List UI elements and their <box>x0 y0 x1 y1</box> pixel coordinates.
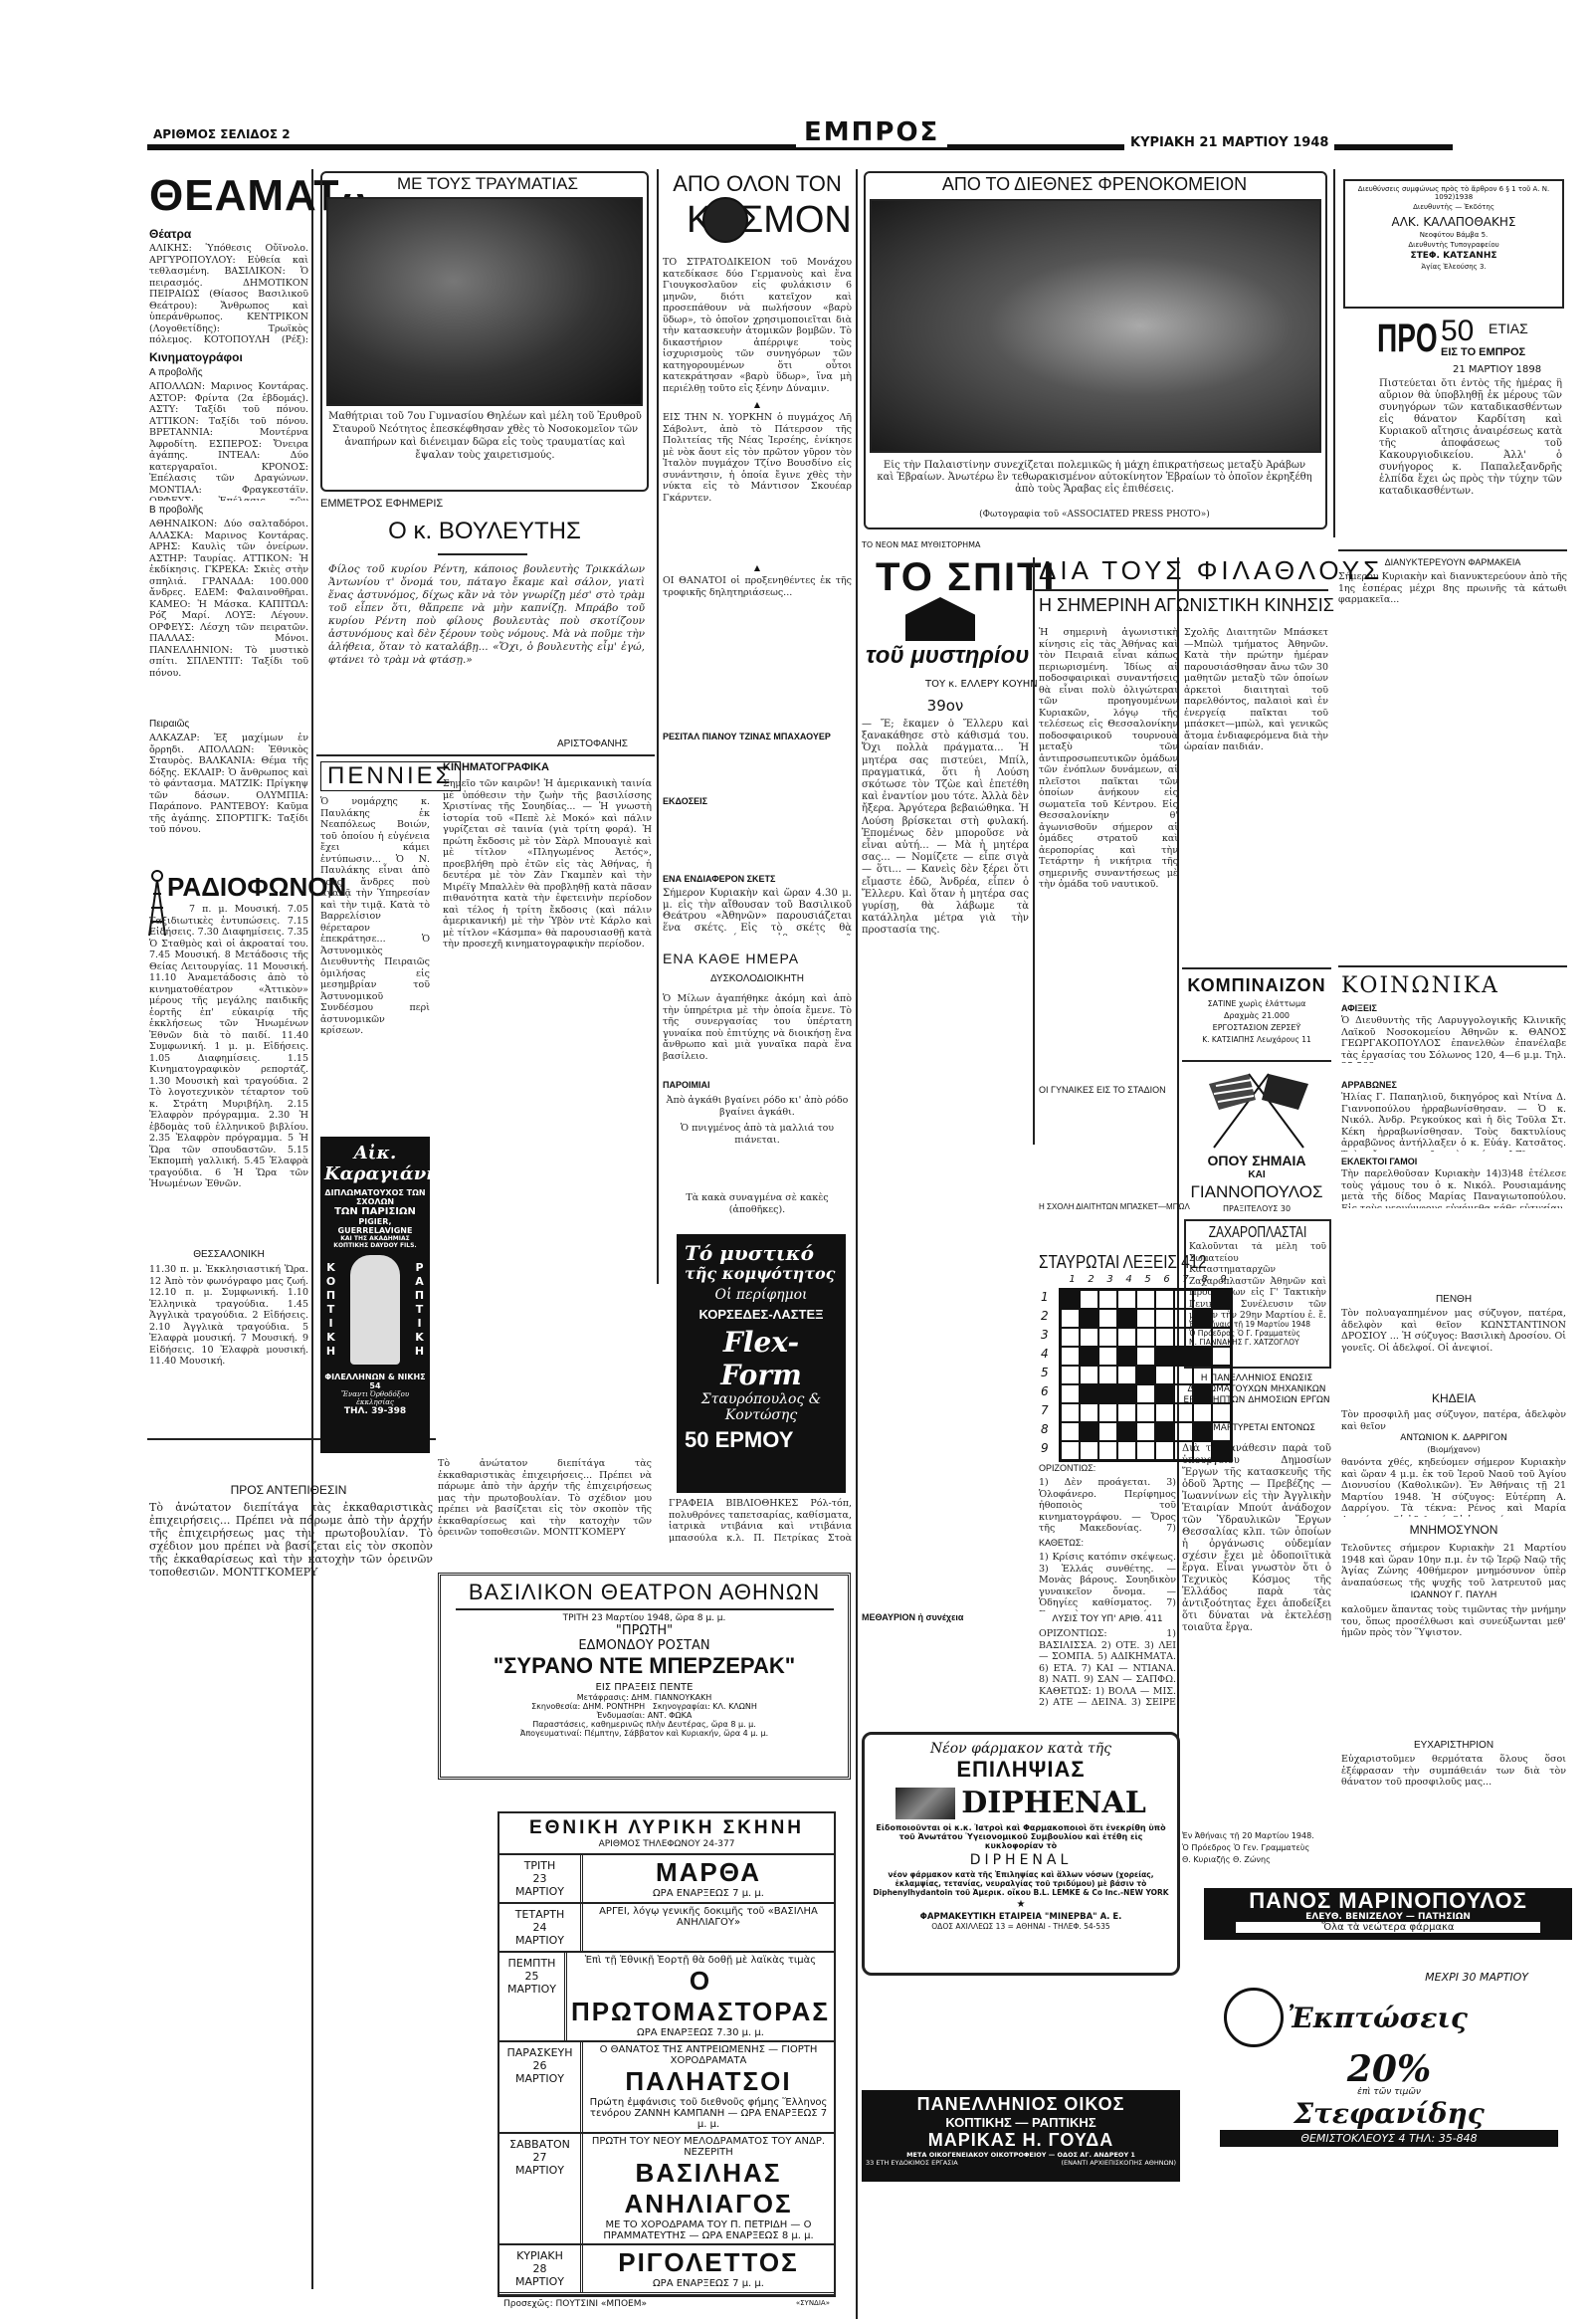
verse-author: ΑΡΙΣΤΟΦΑΝΗΣ <box>557 739 628 749</box>
month: ΜΑΡΤΙΟΥ <box>499 1885 580 1898</box>
crossword-cell[interactable] <box>1174 1403 1193 1422</box>
funeral-details: θανόντα χθές, κηδεύομεν σήμερον Κυριακὴν… <box>1341 1457 1566 1517</box>
theatre-heading: Θέατρα <box>149 227 191 241</box>
row-number: 1 <box>1041 1290 1049 1309</box>
memorial-name: ΙΩΑΝΝΟΥ Γ. ΠΑΥΛΗ <box>1341 1590 1566 1600</box>
month: ΜΑΡΤΙΟΥ <box>499 2275 580 2288</box>
divider <box>316 754 655 756</box>
opera-row: ΣΑΒΒΑΤΟΝ27ΜΑΡΤΙΟΥΠΡΩΤΗ ΤΟΥ ΝΕΟΥ ΜΕΛΟΔΡΑΜ… <box>499 2132 834 2243</box>
crossword-cell[interactable] <box>1174 1366 1193 1384</box>
weekday: ΤΡΙΤΗ <box>499 1859 580 1872</box>
confectioners-title: ΖΑΧΑΡΟΠΛΑΣΤΑΙ <box>1206 1224 1309 1242</box>
second-run-heading: Β προβολῆς <box>149 505 203 516</box>
divider <box>1182 967 1331 969</box>
crossword-cell[interactable] <box>1136 1347 1155 1366</box>
crossword-block <box>1193 1384 1212 1403</box>
novel-title: ΤΟ ΣΠΙΤΙ <box>876 555 1057 600</box>
library-classified: ΓΡΑΦΕΙΑ ΒΙΒΛΙΟΘΗΚΕΣ Ρόλ-τόπ, πολυθρόνες … <box>669 1498 852 1544</box>
crossword-cell[interactable] <box>1061 1384 1080 1403</box>
medicine-box-illustration <box>895 1788 955 1819</box>
publisher-box: Διευθύνσεις συμφώνως πρὸς τὸ ἄρθρον 6 § … <box>1343 179 1564 309</box>
funeral-text: Τὸν προσφιλῆ μας σύζυγον, πατέρα, ἀδελφὸ… <box>1341 1409 1566 1433</box>
crossword-cell[interactable] <box>1061 1366 1080 1384</box>
show-times: Παραστάσεις, καθημερινῶς πλὴν Δευτέρας, … <box>441 1720 848 1729</box>
crossword-cell[interactable] <box>1061 1328 1080 1347</box>
memorial-heading: ΜΝΗΜΟΣΥΝΟΝ <box>1341 1523 1566 1537</box>
ad-address: 50 ΕΡΜΟΥ <box>685 1427 838 1453</box>
proverbs-heading: ΠΑΡΟΙΜΙΑΙ <box>663 1080 710 1090</box>
play-title: "ΣΥΡΑΝΟ ΝΤΕ ΜΠΕΡΖΕΡΑΚ" <box>441 1653 848 1679</box>
opera-rows: ΤΡΙΤΗ23ΜΑΡΤΙΟΥΜΑΡΘΑΩΡΑ ΕΝΑΡΞΕΩΣ 7 μ. μ.Τ… <box>499 1853 834 2292</box>
ad-address: Κ. ΚΑΤΣΙΑΠΗΣ Λεωχάρους 11 <box>1182 1035 1331 1044</box>
crossword-cell[interactable] <box>1080 1403 1098 1422</box>
karagianni-school-ad: Αἰκ. Καραγιάννη ΔΙΠΛΩΜΑΤΟΥΧΟΣ ΤΩΝ ΣΧΟΛΩΝ… <box>320 1137 430 1453</box>
asylum-title: ΑΠΟ ΤΟ ΔΙΕΘΝΕΣ ΦΡΕΝΟΚΟΜΕΙΟΝ <box>886 174 1303 195</box>
page-number: ΑΡΙΘΜΟΣ ΣΕΛΙΔΟΣ 2 <box>147 127 297 141</box>
crossword-cell[interactable] <box>1136 1290 1155 1309</box>
column-number: 2 <box>1082 1274 1100 1285</box>
day-number: 26 <box>499 2059 580 2072</box>
ad-brand: DIPHENAL <box>961 1786 1146 1820</box>
opera-row: ΤΕΤΑΡΤΗ24ΜΑΡΤΙΟΥΑΡΓΕΙ, λόγῳ γενικῆς δοκι… <box>499 1902 834 1951</box>
weddings-heading: ΕΚΛΕΚΤΟΙ ΓΑΜΟΙ <box>1341 1157 1417 1166</box>
issue-date: ΚΥΡΙΑΚΗ 21 ΜΑΡΤΙΟΥ 1948 <box>1124 135 1334 150</box>
engagements-text: Ἡλίας Γ. Παπαηλιοῦ, δικηγόρος καὶ Ντίνα … <box>1341 1092 1566 1152</box>
crossword-heading: ΣΤΑΥΡΩΤΑΙ ΛΕΞΕΙΣ 412 <box>1039 1252 1207 1273</box>
newspaper-title: ΕΜΠΡΟΣ <box>796 117 947 147</box>
publisher-name: ΑΛΚ. ΚΑΛΑΠΟΘΑΚΗΣ <box>1349 215 1558 229</box>
opera-day: ΚΥΡΙΑΚΗ28ΜΑΡΤΙΟΥ <box>499 2245 583 2292</box>
opera-title: ΕΘΝΙΚΗ ΛΥΡΙΚΗ ΣΚΗΝΗ <box>499 1817 834 1839</box>
column-number: 9 <box>1214 1274 1233 1285</box>
crossword-cell[interactable] <box>1174 1441 1193 1460</box>
day-number: 25 <box>499 1970 564 1983</box>
weekday: ΚΥΡΙΑΚΗ <box>499 2249 580 2262</box>
nurses-photo <box>326 197 643 406</box>
ad-address: ΟΔΟΣ ΑΧΙΛΛΕΩΣ 13 = ΑΘΗΝΑΙ - ΤΗΛΕΦ. 54-53… <box>871 1922 1171 1931</box>
show-time: ΜΕ ΤΟ ΧΟΡΟΔΡΑΜΑ ΤΟΥ Π. ΠΕΤΡΙΔΗ — Ο ΠΡΑΜΜ… <box>587 2219 830 2241</box>
crossword-cell[interactable] <box>1080 1290 1098 1309</box>
ad-brand: Flex-Form <box>685 1326 838 1391</box>
crossword-cell[interactable] <box>1117 1366 1136 1384</box>
ad-line: ΟΠΟΥ ΣΗΜΑΙΑ <box>1182 1153 1331 1168</box>
day-number: 24 <box>499 1921 580 1934</box>
novel-label: ΤΟ ΝΕΟΝ ΜΑΣ ΜΥΘΙΣΤΟΡΗΜΑ <box>862 540 980 549</box>
ad-line: ΤΩΝ ΠΑΡΙΣΙΩΝ <box>324 1206 426 1217</box>
role-label: Διευθυντὴς — Ἐκδότης <box>1349 203 1558 211</box>
crossword-cell[interactable] <box>1212 1403 1231 1422</box>
ad-line: Τό μυστικό <box>685 1242 838 1264</box>
ad-line: PIGIER, GUERRELAVIGNE <box>324 1217 426 1235</box>
ad-line: ΔΙΠΛΩΜΑΤΟΥΧΟΣ ΤΩΝ ΣΧΟΛΩΝ <box>324 1188 426 1206</box>
crossword-cell[interactable] <box>1174 1422 1193 1441</box>
playwright: ΕΔΜΟΝΔΟΥ ΡΟΣΤΑΝ <box>441 1638 848 1653</box>
role-label: Διευθυντὴς Τυπογραφείου <box>1349 241 1558 249</box>
crossword-block <box>1193 1309 1212 1328</box>
piraeus-heading: Πειραιῶς <box>149 719 189 730</box>
second-run-listings: ΑΘΗΝΑΙΚΟΝ: Δύο σαλταδόροι. ΑΛΑΣΚΑ: Μαριν… <box>149 519 308 714</box>
crossword-row-numbers: 123456789 <box>1041 1290 1049 1460</box>
crossword-cell[interactable] <box>1212 1309 1231 1328</box>
crossword-cell[interactable] <box>1212 1422 1231 1441</box>
crossword-cell[interactable] <box>1155 1403 1174 1422</box>
crossword-cell[interactable] <box>1098 1328 1117 1347</box>
theatre-listings: ΑΛΙΚΗΣ: Ὑπόθεσις Οὔϊνολο. ΑΡΓΥΡΟΠΟΥΛΟΥ: … <box>149 243 308 346</box>
first-run-listings: ΑΠΟΛΛΩΝ: Μαρινος Κοντάρας. ΑΣΤΟΡ: Φρίντα… <box>149 381 308 501</box>
show-note: Ο ΘΑΝΑΤΟΣ ΤΗΣ ΑΝΤΡΕΙΩΜΕΝΗΣ — ΓΙΟΡΤΗ ΧΟΡΟ… <box>587 2044 830 2066</box>
column-number: 8 <box>1195 1274 1214 1285</box>
printer-address: Ἁγίας Ἐλεούσης 3. <box>1349 263 1558 271</box>
crossword-cell[interactable] <box>1098 1290 1117 1309</box>
crossword-block <box>1212 1441 1231 1460</box>
show-title: ΠΑΛΗΑΤΣΟΙ <box>587 2066 830 2097</box>
column-rule <box>1033 557 1035 1145</box>
crossword-cell[interactable] <box>1155 1309 1174 1328</box>
one-every-day-subtitle: ΔΥΣΚΟΛΟΔΙΟΙΚΗΤΗ <box>663 973 852 984</box>
novel-subtitle: τοῦ μυστηρίου <box>866 642 1029 670</box>
radio-schedule: 7 π. μ. Μουσική. 7.05 Ταξιδιωτικὲς ἐντυπ… <box>149 904 308 1242</box>
arrivals-text: Ὁ Διευθυντὴς τῆς Λαρυγγολογικῆς Κλινικῆς… <box>1341 1015 1566 1063</box>
divider <box>1338 549 1567 551</box>
ad-headline: Ἐκπτώσεις <box>1288 2002 1468 2034</box>
opera-show: ΜΑΡΘΑΩΡΑ ΕΝΑΡΞΕΩΣ 7 μ. μ. <box>583 1855 834 1902</box>
crossword-cell[interactable] <box>1098 1309 1117 1328</box>
counterattack-heading: ΠΡΟΣ ΑΝΤΕΠΙΘΕΣΙΝ <box>149 1483 428 1497</box>
separator-icon: ▲ <box>663 563 852 572</box>
ad-brand: ΓΙΑΝΝΟΠΟΥΛΟΣ <box>1182 1182 1331 1202</box>
acts: ΕΙΣ ΠΡΑΞΕΙΣ ΠΕΝΤΕ <box>441 1682 848 1693</box>
crossword-block <box>1061 1290 1080 1309</box>
opera-phone: ΑΡΙΘΜΟΣ ΤΗΛΕΦΩΝΟΥ 24-377 <box>499 1839 834 1849</box>
ad-brand: Στεφανίδης <box>1220 2097 1558 2130</box>
vertical-clues: 1) Κρίσις κατόπιν σκέψεως. 3) Ἑλλάς συνθ… <box>1039 1552 1176 1611</box>
crossword-block <box>1117 1422 1136 1441</box>
gouda-sewing-school-ad: ΠΑΝΕΛΛΗΝΙΟΣ ΟΙΚΟΣ ΚΟΠΤΙΚΗΣ — ΡΑΠΤΙΚΗΣ ΜΑ… <box>862 2090 1180 2182</box>
fifty-years-text: Πιστεύεται ὅτι ἐντὸς τῆς ἡμέρας ἢ αὔριον… <box>1379 378 1562 537</box>
translation-credit: Μετάφρασις: ΔΗΜ. ΓΙΑΝΝΟΥΚΑΚΗ <box>441 1693 848 1702</box>
world-story-boxing: ΕΙΣ ΤΗΝ Ν. ΥΟΡΚΗΝ ὁ πυγμάχος Λῆ Σάβολντ,… <box>663 412 852 559</box>
crossword-block <box>1080 1347 1098 1366</box>
crossword-cell[interactable] <box>1155 1366 1174 1384</box>
ad-brand: DIPHENAL <box>871 1852 1171 1868</box>
marinopoulos-pharmacy-ad: ΠΑΝΟΣ ΜΑΡΙΝΟΠΟΥΛΟΣ ΕΛΕΥΘ. ΒΕΝΙΖΕΛΟΥ — ΠΑ… <box>1204 1888 1572 1940</box>
notice-date: Ἐν Ἀθήναις τῇ 20 Μαρτίου 1948. <box>1182 1831 1314 1840</box>
opera-show: ΡΙΓΟΛΕΤΤΟΣΩΡΑ ΕΝΑΡΞΕΩΣ 7 μ. μ. <box>583 2245 834 2292</box>
ad-line: Οἱ περίφημοι <box>685 1287 838 1303</box>
crossword-cell[interactable] <box>1155 1328 1174 1347</box>
crossword-cell[interactable] <box>1136 1384 1155 1403</box>
crossword-cell[interactable] <box>1117 1328 1136 1347</box>
ad-deadline: ΜΕΧΡΙ 30 ΜΑΡΤΙΟΥ <box>1220 1971 1558 1984</box>
armored-car-photo <box>870 199 1321 453</box>
crossword-cell[interactable] <box>1212 1366 1231 1384</box>
royal-theatre-title: ΒΑΣΙΛΙΚΟΝ ΘΕΑΤΡΟΝ ΑΘΗΝΩΝ <box>441 1580 848 1605</box>
show-time: ΩΡΑ ΕΝΑΡΞΕΩΣ 7 μ. μ. <box>587 2278 830 2289</box>
ad-company: ΦΑΡΜΑΚΕΥΤΙΚΗ ΕΤΑΙΡΕΙΑ "ΜΙΝΕΡΒΑ" Α. Ε. <box>871 1912 1171 1922</box>
verse-text: Φίλος τοῦ κυρίου Ρέντη, κάποιος βουλευτὴ… <box>328 563 645 733</box>
ad-brand: ΠΑΝΟΣ ΜΑΡΙΝΟΠΟΥΛΟΣ <box>1206 1890 1570 1912</box>
asylum-caption: Εἰς τὴν Παλαιστίνην συνεχίζεται πολεμικῶ… <box>876 460 1313 508</box>
crossword-cell[interactable] <box>1136 1328 1155 1347</box>
stadium-heading: ΟΙ ΓΥΝΑΙΚΕΣ ΕΙΣ ΤΟ ΣΤΑΔΙΟΝ <box>1039 1085 1166 1095</box>
novel-text: — Ἔ; ἔκαμεν ὁ Ἔλλερυ καὶ ξανακάθησε στὸ … <box>862 719 1029 1614</box>
crossword-cell[interactable] <box>1174 1384 1193 1403</box>
opera-show: Ἐπὶ τῇ Ἐθνικῇ Ἑορτῇ θὰ δοθῇ μὲ λαϊκὰς τι… <box>567 1953 834 2040</box>
crossword-cell[interactable] <box>1212 1347 1231 1366</box>
month: ΜΑΡΤΙΟΥ <box>499 1983 564 1996</box>
crossword-cell[interactable] <box>1080 1328 1098 1347</box>
world-story-munich: ΤΟ ΣΤΡΑΤΟΔΙΚΕΙΟΝ τοῦ Μονάχου κατεδίκασε … <box>663 257 852 396</box>
opera-day: ΠΕΜΠΤΗ25ΜΑΡΤΙΟΥ <box>499 1953 567 2040</box>
crossword-cell[interactable] <box>1155 1441 1174 1460</box>
royal-theatre-ad: ΒΑΣΙΛΙΚΟΝ ΘΕΑΤΡΟΝ ΑΘΗΝΩΝ ΤΡΙΤΗ 23 Μαρτίο… <box>438 1573 851 1780</box>
crossword-cell[interactable] <box>1193 1290 1212 1309</box>
weekday: ΠΕΜΠΤΗ <box>499 1957 564 1970</box>
thanks-heading: ΕΥΧΑΡΙΣΤΗΡΙΟΝ <box>1341 1740 1566 1751</box>
column-rule <box>657 169 659 1284</box>
ad-text: νέον φάρμακον κατὰ τῆς Ἐπιληψίας καὶ ἄλλ… <box>871 1870 1171 1897</box>
proverb: Ἀπὸ ἀγκάθι βγαίνει ρόδο κι' ἀπὸ ρόδο βγα… <box>663 1095 852 1119</box>
row-number: 9 <box>1041 1441 1049 1460</box>
fifty-number: 50 <box>1441 315 1474 348</box>
ad-line: ΚΑΙ <box>1182 1169 1331 1180</box>
crossword-cell[interactable] <box>1098 1366 1117 1384</box>
opera-tag: «ΣΥΝΔΙΑ» <box>796 2299 830 2309</box>
row-number: 6 <box>1041 1384 1049 1403</box>
crossword-cell[interactable] <box>1136 1441 1155 1460</box>
crossword-cell[interactable] <box>1098 1422 1117 1441</box>
crossword-cell[interactable] <box>1136 1309 1155 1328</box>
solution-heading: ΛΥΣΙΣ ΤΟΥ ΥΠ' ΑΡΙΘ. 411 <box>1039 1614 1176 1624</box>
day-number: 27 <box>499 2151 580 2164</box>
crossword-block <box>1080 1422 1098 1441</box>
star-icon: ★ <box>871 1899 1171 1910</box>
opera-day: ΠΑΡΑΣΚΕΥΗ26ΜΑΡΤΙΟΥ <box>499 2042 583 2132</box>
crossword-cell[interactable] <box>1155 1290 1174 1309</box>
crossword-cell[interactable] <box>1174 1309 1193 1328</box>
crossword-cell[interactable] <box>1080 1366 1098 1384</box>
opera-row: ΚΥΡΙΑΚΗ28ΜΑΡΤΙΟΥΡΙΓΟΛΕΤΤΟΣΩΡΑ ΕΝΑΡΞΕΩΣ 7… <box>499 2243 834 2292</box>
show-time: ΩΡΑ ΕΝΑΡΞΕΩΣ 7 μ. μ. <box>587 1888 830 1899</box>
ad-line: ΚΟΠΤΙΚΗΣ — ΡΑΠΤΙΚΗΣ <box>866 2115 1176 2130</box>
month: ΜΑΡΤΙΟΥ <box>499 2072 580 2085</box>
crossword-block <box>1080 1384 1098 1403</box>
row-number: 5 <box>1041 1366 1049 1384</box>
pharmacies-text: Σήμερον Κυριακὴν καὶ διανυκτερεύουν ἀπὸ … <box>1338 571 1567 711</box>
crossword-cell[interactable] <box>1098 1441 1117 1460</box>
ad-line: ΚΑΙ ΤΗΣ ΑΚΑΔΗΜΙΑΣ ΚΟΠΤΙΚΗΣ DAYDOY FILS. <box>324 1235 426 1249</box>
mourning-text: Τὸν πολυαγαπημένον μας σύζυγον, πατέρα, … <box>1341 1308 1566 1377</box>
show-title: ΜΑΡΘΑ <box>587 1857 830 1888</box>
cinema-news-title: ΚΙΝΗΜΑΤΟΓΡΑΦΙΚΑ <box>443 761 549 773</box>
wounded-title: ΜΕ ΤΟΥΣ ΤΡΑΥΜΑΤΙΑΣ <box>338 174 637 194</box>
engagements-heading: ΑΡΡΑΒΩΝΕΣ <box>1341 1080 1397 1090</box>
world-title-top: ΑΠΟ ΟΛΟΝ ΤΟΝ <box>661 171 854 197</box>
show-title: Ο ΠΡΩΤΟΜΑΣΤΟΡΑΣ <box>571 1966 830 2027</box>
opera-row: ΤΡΙΤΗ23ΜΑΡΤΙΟΥΜΑΡΘΑΩΡΑ ΕΝΑΡΞΕΩΣ 7 μ. μ. <box>499 1853 834 1902</box>
memorial-details: καλοῦμεν ἅπαντας τοὺς τιμῶντας τὴν μνήμη… <box>1341 1604 1566 1734</box>
opera-day: ΤΡΙΤΗ23ΜΑΡΤΙΟΥ <box>499 1855 583 1902</box>
crossword-block <box>1117 1309 1136 1328</box>
flexform-corset-ad: Τό μυστικό τῆς κομψότητος Οἱ περίφημοι Κ… <box>677 1234 846 1493</box>
crossword-block <box>1193 1422 1212 1441</box>
crossword-cell[interactable] <box>1098 1403 1117 1422</box>
sports-subtitle: Η ΣΗΜΕΡΙΝΗ ΑΓΩΝΙΣΤΙΚΗ ΚΙΝΗΣΙΣ <box>1039 595 1334 616</box>
weddings-text: Τὴν παρελθοῦσαν Κυριακὴν 14)3)48 ἐτέλεσε… <box>1341 1168 1566 1208</box>
crossword-cell[interactable] <box>1174 1328 1193 1347</box>
sketch-title: ΕΝΑ ΕΝΔΙΑΦΕΡΟΝ ΣΚΕΤΣ <box>663 874 775 884</box>
weekday: ΣΑΒΒΑΤΟΝ <box>499 2138 580 2151</box>
direction-credit: Σκηνοθεσία: ΔΗΜ. ΡΟΝΤΗΡΗ <box>531 1702 645 1711</box>
house-illustration <box>905 597 975 641</box>
crossword-cell[interactable] <box>1117 1290 1136 1309</box>
novel-next: ΜΕΘΑΥΡΙΟΝ ἡ συνέχεια <box>862 1612 963 1622</box>
mourning-heading: ΠΕΝΘΗ <box>1341 1294 1566 1305</box>
column-number: 7 <box>1176 1274 1195 1285</box>
show-note: ΠΡΩΤΗ ΤΟΥ ΝΕΟΥ ΜΕΛΟΔΡΑΜΑΤΟΣ ΤΟΥ ΑΝΔΡ. ΝΕ… <box>587 2136 830 2158</box>
arrivals-heading: ΑΦΙΞΕΙΣ <box>1341 1003 1377 1013</box>
ad-phone: ΤΗΛ: 35-848 <box>1409 2132 1478 2145</box>
ad-headline: ΕΠΙΛΗΨΙΑΣ <box>871 1757 1171 1783</box>
sketch-text: Σήμερον Κυριακὴν καὶ ὥραν 4.30 μ. μ. εἰς… <box>663 888 852 936</box>
referee-school-heading: Η ΣΧΟΛΗ ΔΙΑΙΤΗΤΩΝ ΜΠΑΣΚΕΤ—ΜΠΩΛ <box>1039 1202 1178 1211</box>
ad-slogan: Ὅλα τὰ νεώτερα φάρμακα <box>1236 1922 1540 1933</box>
crossword-cell[interactable] <box>1212 1384 1231 1403</box>
engineers-text: Διὰ τὴν ἀνάθεσιν παρὰ τοῦ ὑπουργείου Δημ… <box>1182 1443 1331 1821</box>
opera-show: ΠΡΩΤΗ ΤΟΥ ΝΕΟΥ ΜΕΛΟΔΡΑΜΑΤΟΣ ΤΟΥ ΑΝΔΡ. ΝΕ… <box>583 2134 834 2243</box>
crossword-block <box>1155 1422 1174 1441</box>
counterattack-text: Τὸ ἀνώτατον διεπίτάγα τὰς ἐκκαθαριστικὰς… <box>149 1501 433 2307</box>
ad-sub: Ἔναντι Ὀρθοδόξου ἐκκλησίας <box>324 1390 426 1406</box>
one-every-day-text: Ὁ Μίλων ἀγαπήθηκε ἀκόμη καὶ ἀπὸ τὴν ὑπηρ… <box>663 993 852 1073</box>
crossword-cell[interactable] <box>1080 1441 1098 1460</box>
ad-price: Δραχμὰς 21.000 <box>1182 1011 1331 1020</box>
ad-text: Εἰδοποιοῦνται οἱ κ.κ. Ἰατροὶ καὶ Φαρμακο… <box>871 1823 1171 1850</box>
crossword-cell[interactable] <box>1136 1403 1155 1422</box>
crossword-cell[interactable] <box>1212 1328 1231 1347</box>
column-rule <box>856 169 858 2319</box>
column-number: 5 <box>1138 1274 1157 1285</box>
deceased-name: ΑΝΤΩΝΙΟΝ Κ. ΔΑΡΡΙΓΟΝ <box>1341 1433 1566 1443</box>
column-rule <box>1333 169 1335 537</box>
crossword-cell[interactable] <box>1061 1441 1080 1460</box>
row-number: 3 <box>1041 1328 1049 1347</box>
sports-title: ΔΙΑ ΤΟΥΣ ΦΙΛΑΘΛΟΥΣ <box>1039 555 1383 586</box>
ad-vertical-right: ΡΑΠΤΙΚΗ <box>413 1255 426 1365</box>
crossword-block <box>1155 1384 1174 1403</box>
publisher-address: Νεοφύτου Βάμβα 5. <box>1349 231 1558 239</box>
premiere-label: "ΠΡΩΤΗ" <box>441 1623 848 1638</box>
deceased-role: (Βιομήχανον) <box>1341 1445 1566 1454</box>
world-story-deaths: ΟΙ ΘΑΝΑΤΟΙ οἱ προξενηθέντες ἐκ τῆς τροφι… <box>663 575 852 725</box>
cinema-heading: Κινηματογράφοι <box>149 350 243 364</box>
crossword-cell[interactable] <box>1117 1441 1136 1460</box>
show-title: ΡΙΓΟΛΕΤΤΟΣ <box>587 2247 830 2278</box>
show-note: Ἐπὶ τῇ Ἐθνικῇ Ἑορτῇ θὰ δοθῇ μὲ λαϊκὰς τι… <box>571 1955 830 1966</box>
column-number: 4 <box>1119 1274 1138 1285</box>
show-time: ΑΡΓΕΙ, λόγῳ γενικῆς δοκιμῆς τοῦ «ΒΑΣΙΛΗΑ… <box>587 1906 830 1928</box>
opera-row: ΠΕΜΠΤΗ25ΜΑΡΤΙΟΥἘπὶ τῇ Ἐθνικῇ Ἑορτῇ θὰ δο… <box>499 1951 834 2040</box>
crossword-cell[interactable] <box>1061 1422 1080 1441</box>
kombinaizon-title: ΚΟΜΠΙΝΑΙΖΟΝ <box>1182 975 1331 996</box>
ad-line: ἐπὶ τῶν τιμῶν <box>1220 2087 1558 2097</box>
crossword-cell[interactable] <box>1174 1290 1193 1309</box>
ad-vertical-left: ΚΟΠΤΙΚΗ <box>324 1255 337 1365</box>
crossword-cell[interactable] <box>1193 1403 1212 1422</box>
opera-show: ΑΡΓΕΙ, λόγῳ γενικῆς δοκιμῆς τοῦ «ΒΑΣΙΛΗΑ… <box>583 1904 834 1951</box>
row-number: 7 <box>1041 1403 1049 1422</box>
proverb: Τὰ κακὰ συναγμένα σὲ κακὲς (ἀποθῆκες). <box>663 1192 852 1214</box>
separator-icon: ▲ <box>663 400 852 409</box>
crossword-cell[interactable] <box>1061 1309 1080 1328</box>
one-every-day-title: ΕΝΑ ΚΑΘΕ ΗΜΕΡΑ <box>663 951 799 966</box>
crossword-block <box>1155 1347 1174 1366</box>
crossword-cell[interactable] <box>1193 1328 1212 1347</box>
thanks-text: Εὐχαριστοῦμεν θερμότατα ὅλους ὅσοι ἐξέφρ… <box>1341 1754 1566 1803</box>
crossword-column-numbers: 123456789 <box>1063 1274 1233 1285</box>
crossword-cell[interactable] <box>1136 1422 1155 1441</box>
recital-title: ΡΕΣΙΤΑΛ ΠΙΑΝΟΥ ΤΖΙΝΑΣ ΜΠΑΧΑΟΥΕΡ <box>663 732 831 741</box>
fifty-years-date: 21 ΜΑΡΤΙΟΥ 1898 <box>1453 364 1541 375</box>
ad-line: 33 ΕΤΗ ΕΥΔΟΚΙΜΟΣ ΕΡΓΑΣΙΑ <box>866 2159 958 2167</box>
verse-section-label: ΕΜΜΕΤΡΟΣ ΕΦΗΜΕΡΙΣ <box>320 498 443 510</box>
ad-phone: ΤΗΛ. 39-398 <box>324 1406 426 1416</box>
crossword-cell[interactable] <box>1061 1403 1080 1422</box>
first-run-heading: Α προβολῆς <box>149 367 203 378</box>
crossword-cell[interactable] <box>1117 1403 1136 1422</box>
ad-product: ΚΟΡΣΕΔΕΣ-ΛΑΣΤΕΞ <box>685 1307 838 1322</box>
thessaloniki-schedule: 11.30 π. μ. Ἐκκλησιαστική Ὥρα. 12 Ἀπὸ τὸ… <box>149 1264 308 1433</box>
ad-line: (ΕΝΑΝΤΙ ΑΡΧΙΕΠΙΣΚΟΠΗΣ ΑΘΗΝΩΝ) <box>1061 2159 1176 2167</box>
crossword-block <box>1117 1384 1136 1403</box>
seamstress-illustration <box>350 1255 400 1365</box>
proverb: Ὁ πνιγμένος ἀπὸ τὰ μαλλιά του πιάνεται. <box>663 1123 852 1147</box>
row-number: 4 <box>1041 1347 1049 1366</box>
crossword-grid[interactable] <box>1059 1288 1233 1462</box>
show-time: ΩΡΑ ΕΝΑΡΞΕΩΣ 7.30 μ. μ. <box>571 2027 830 2038</box>
opera-row: ΠΑΡΑΣΚΕΥΗ26ΜΑΡΤΙΟΥΟ ΘΑΝΑΤΟΣ ΤΗΣ ΑΝΤΡΕΙΩΜ… <box>499 2040 834 2132</box>
matinee-times: Ἀπογευματιναί: Πέμπτην, Σάββατον καὶ Κυρ… <box>441 1729 848 1738</box>
performance-date: ΤΡΙΤΗ 23 Μαρτίου 1948, ὥρα 8 μ. μ. <box>441 1613 848 1623</box>
watch-illustration <box>1224 1988 1284 2047</box>
opera-day: ΣΑΒΒΑΤΟΝ27ΜΑΡΤΙΟΥ <box>499 2134 583 2243</box>
thessaloniki-heading: ΘΕΣΣΑΛΟΝΙΚΗ <box>149 1249 308 1260</box>
memorial-text: Τελοῦντες σήμερον Κυριακὴν 21 Μαρτίου 19… <box>1341 1543 1566 1588</box>
ad-brand: ΜΑΡΙΚΑΣ Η. ΓΟΥΔΑ <box>866 2130 1176 2151</box>
weekday: ΤΕΤΑΡΤΗ <box>499 1908 580 1921</box>
divider <box>1035 589 1328 591</box>
crossword-cell[interactable] <box>1098 1347 1117 1366</box>
horizontal-clues: 1) Δὲν προάγεται. 3) Ὁλοφάνερο. Περίφημο… <box>1039 1477 1176 1533</box>
years-label: ΕΤΙΑΣ <box>1489 320 1528 336</box>
crossword-block <box>1117 1347 1136 1366</box>
sets-credit: Σκηνογραφίαι: ΚΛ. ΚΛΩΝΗ <box>653 1702 757 1711</box>
column-number: 1 <box>1063 1274 1082 1285</box>
day-number: 28 <box>499 2262 580 2275</box>
pennies-title: ΠΕΝΝΙΕΣ <box>320 761 461 791</box>
crossword-cell[interactable] <box>1193 1366 1212 1384</box>
novel-chapter: 39ον <box>862 697 1029 715</box>
show-title: ΒΑΣΙΛΗΑΣ ΑΝΗΛΙΑΓΟΣ <box>587 2158 830 2219</box>
crossword-cell[interactable] <box>1061 1347 1080 1366</box>
national-opera-schedule: ΕΘΝΙΚΗ ΛΥΡΙΚΗ ΣΚΗΝΗ ΑΡΙΘΜΟΣ ΤΗΛΕΦΩΝΟΥ 24… <box>497 1811 836 2297</box>
in-emprós-label: ΕΙΣ ΤΟ ΕΜΠΡΟΣ <box>1441 346 1525 358</box>
divider <box>438 553 527 555</box>
weekday: ΠΑΡΑΣΚΕΥΗ <box>499 2046 580 2059</box>
show-time: Πρώτη ἐμφάνισις τοῦ διεθνοῦς φήμης Ἕλλην… <box>587 2097 830 2130</box>
article-continuation: Τὸ ἀνώτατον διεπίτάγα τὰς ἐκκαθαριστικὰς… <box>438 1458 652 1587</box>
crossword-cell[interactable] <box>1193 1441 1212 1460</box>
